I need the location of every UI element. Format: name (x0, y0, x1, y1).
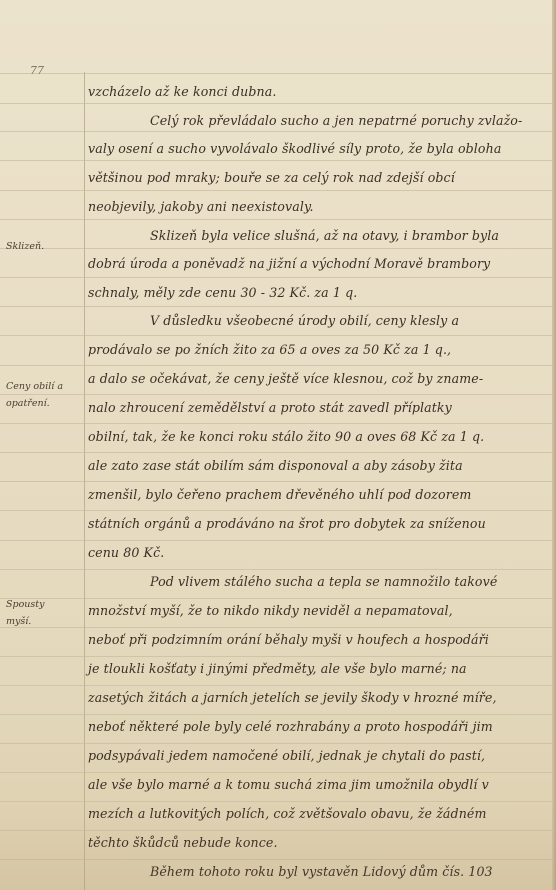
ledger-page: 77 vzcházelo až ke konci dubna. Celý rok… (0, 0, 556, 890)
text-line: nalo zhroucení zemědělství a proto stát … (88, 400, 452, 415)
text-line: V důsledku všeobecné úrody obilí, ceny k… (150, 313, 459, 328)
ruled-line (0, 569, 552, 570)
ruled-line (0, 131, 552, 132)
text-line: cenu 80 Kč. (88, 545, 164, 560)
margin-note-line: myší. (6, 613, 45, 630)
margin-note-grain-prices: Ceny obilí a opatření. (6, 378, 63, 412)
text-line: zmenšil, bylo čeřeno prachem dřevěného u… (88, 487, 471, 502)
margin-note-mice: Spousty myší. (6, 596, 45, 630)
ruled-line (0, 481, 552, 482)
margin-note-line: Ceny obilí a (6, 378, 63, 395)
ruled-line (0, 714, 552, 715)
ruled-line (0, 160, 552, 161)
ruled-line (0, 365, 552, 366)
text-line: Celý rok převládalo sucho a jen nepatrné… (150, 113, 522, 128)
ruled-line (0, 510, 552, 511)
ruled-line (0, 452, 552, 453)
ruled-line (0, 627, 552, 628)
ruled-line (0, 306, 552, 307)
ruled-line (0, 743, 552, 744)
ruled-line (0, 656, 552, 657)
text-line: je tloukli košťaty i jinými předměty, al… (88, 661, 467, 676)
page-edge (552, 0, 556, 890)
text-line: obilní, tak, že ke konci roku stálo žito… (88, 429, 484, 444)
text-line: Pod vlivem stálého sucha a tepla se namn… (150, 574, 497, 589)
text-line: neboť při podzimním orání běhaly myši v … (88, 632, 489, 647)
ruled-line (0, 423, 552, 424)
ruled-line (0, 103, 552, 104)
ruled-line (0, 73, 552, 74)
ruled-line (0, 335, 552, 336)
text-line: většinou pod mraky; bouře se za celý rok… (88, 170, 455, 185)
ruled-line (0, 540, 552, 541)
text-line: ale zato zase stát obilím sám disponoval… (88, 458, 463, 473)
text-line: množství myší, že to nikdo nikdy neviděl… (88, 603, 453, 618)
text-line: Sklizeň byla velice slušná, až na otavy,… (150, 228, 499, 243)
ruled-line (0, 685, 552, 686)
text-line: neobjevily, jakoby ani neexistovaly. (88, 199, 314, 214)
margin-note-line: Spousty (6, 596, 45, 613)
text-line: ale vše bylo marné a k tomu suchá zima j… (88, 777, 489, 792)
text-line: zasetých žitách a jarních jetelích se je… (88, 690, 497, 705)
page-number: 77 (30, 64, 44, 77)
text-line: podsypávali jedem namočené obilí, jednak… (88, 748, 485, 763)
ruled-line (0, 772, 552, 773)
text-line: neboť některé pole byly celé rozhrabány … (88, 719, 493, 734)
text-line: vzcházelo až ke konci dubna. (88, 84, 276, 99)
ruled-line (0, 277, 552, 278)
text-line: dobrá úroda a poněvadž na jižní a východ… (88, 256, 490, 271)
text-line: prodávalo se po žních žito za 65 a oves … (88, 342, 451, 357)
ruled-line (0, 394, 552, 395)
page-stain (0, 800, 556, 890)
ruled-line (0, 219, 552, 220)
margin-note-harvest: Sklizeň. (6, 238, 44, 255)
text-line: schnaly, měly zde cenu 30 - 32 Kč. za 1 … (88, 285, 357, 300)
ruled-line (0, 248, 552, 249)
text-line: a dalo se očekávat, že ceny ještě více k… (88, 371, 483, 386)
ruled-line (0, 190, 552, 191)
margin-note-line: opatření. (6, 395, 63, 412)
text-line: státních orgánů a prodáváno na šrot pro … (88, 516, 486, 531)
ruled-line (0, 598, 552, 599)
text-line: valy osení a sucho vyvolávalo škodlivé s… (88, 141, 501, 156)
